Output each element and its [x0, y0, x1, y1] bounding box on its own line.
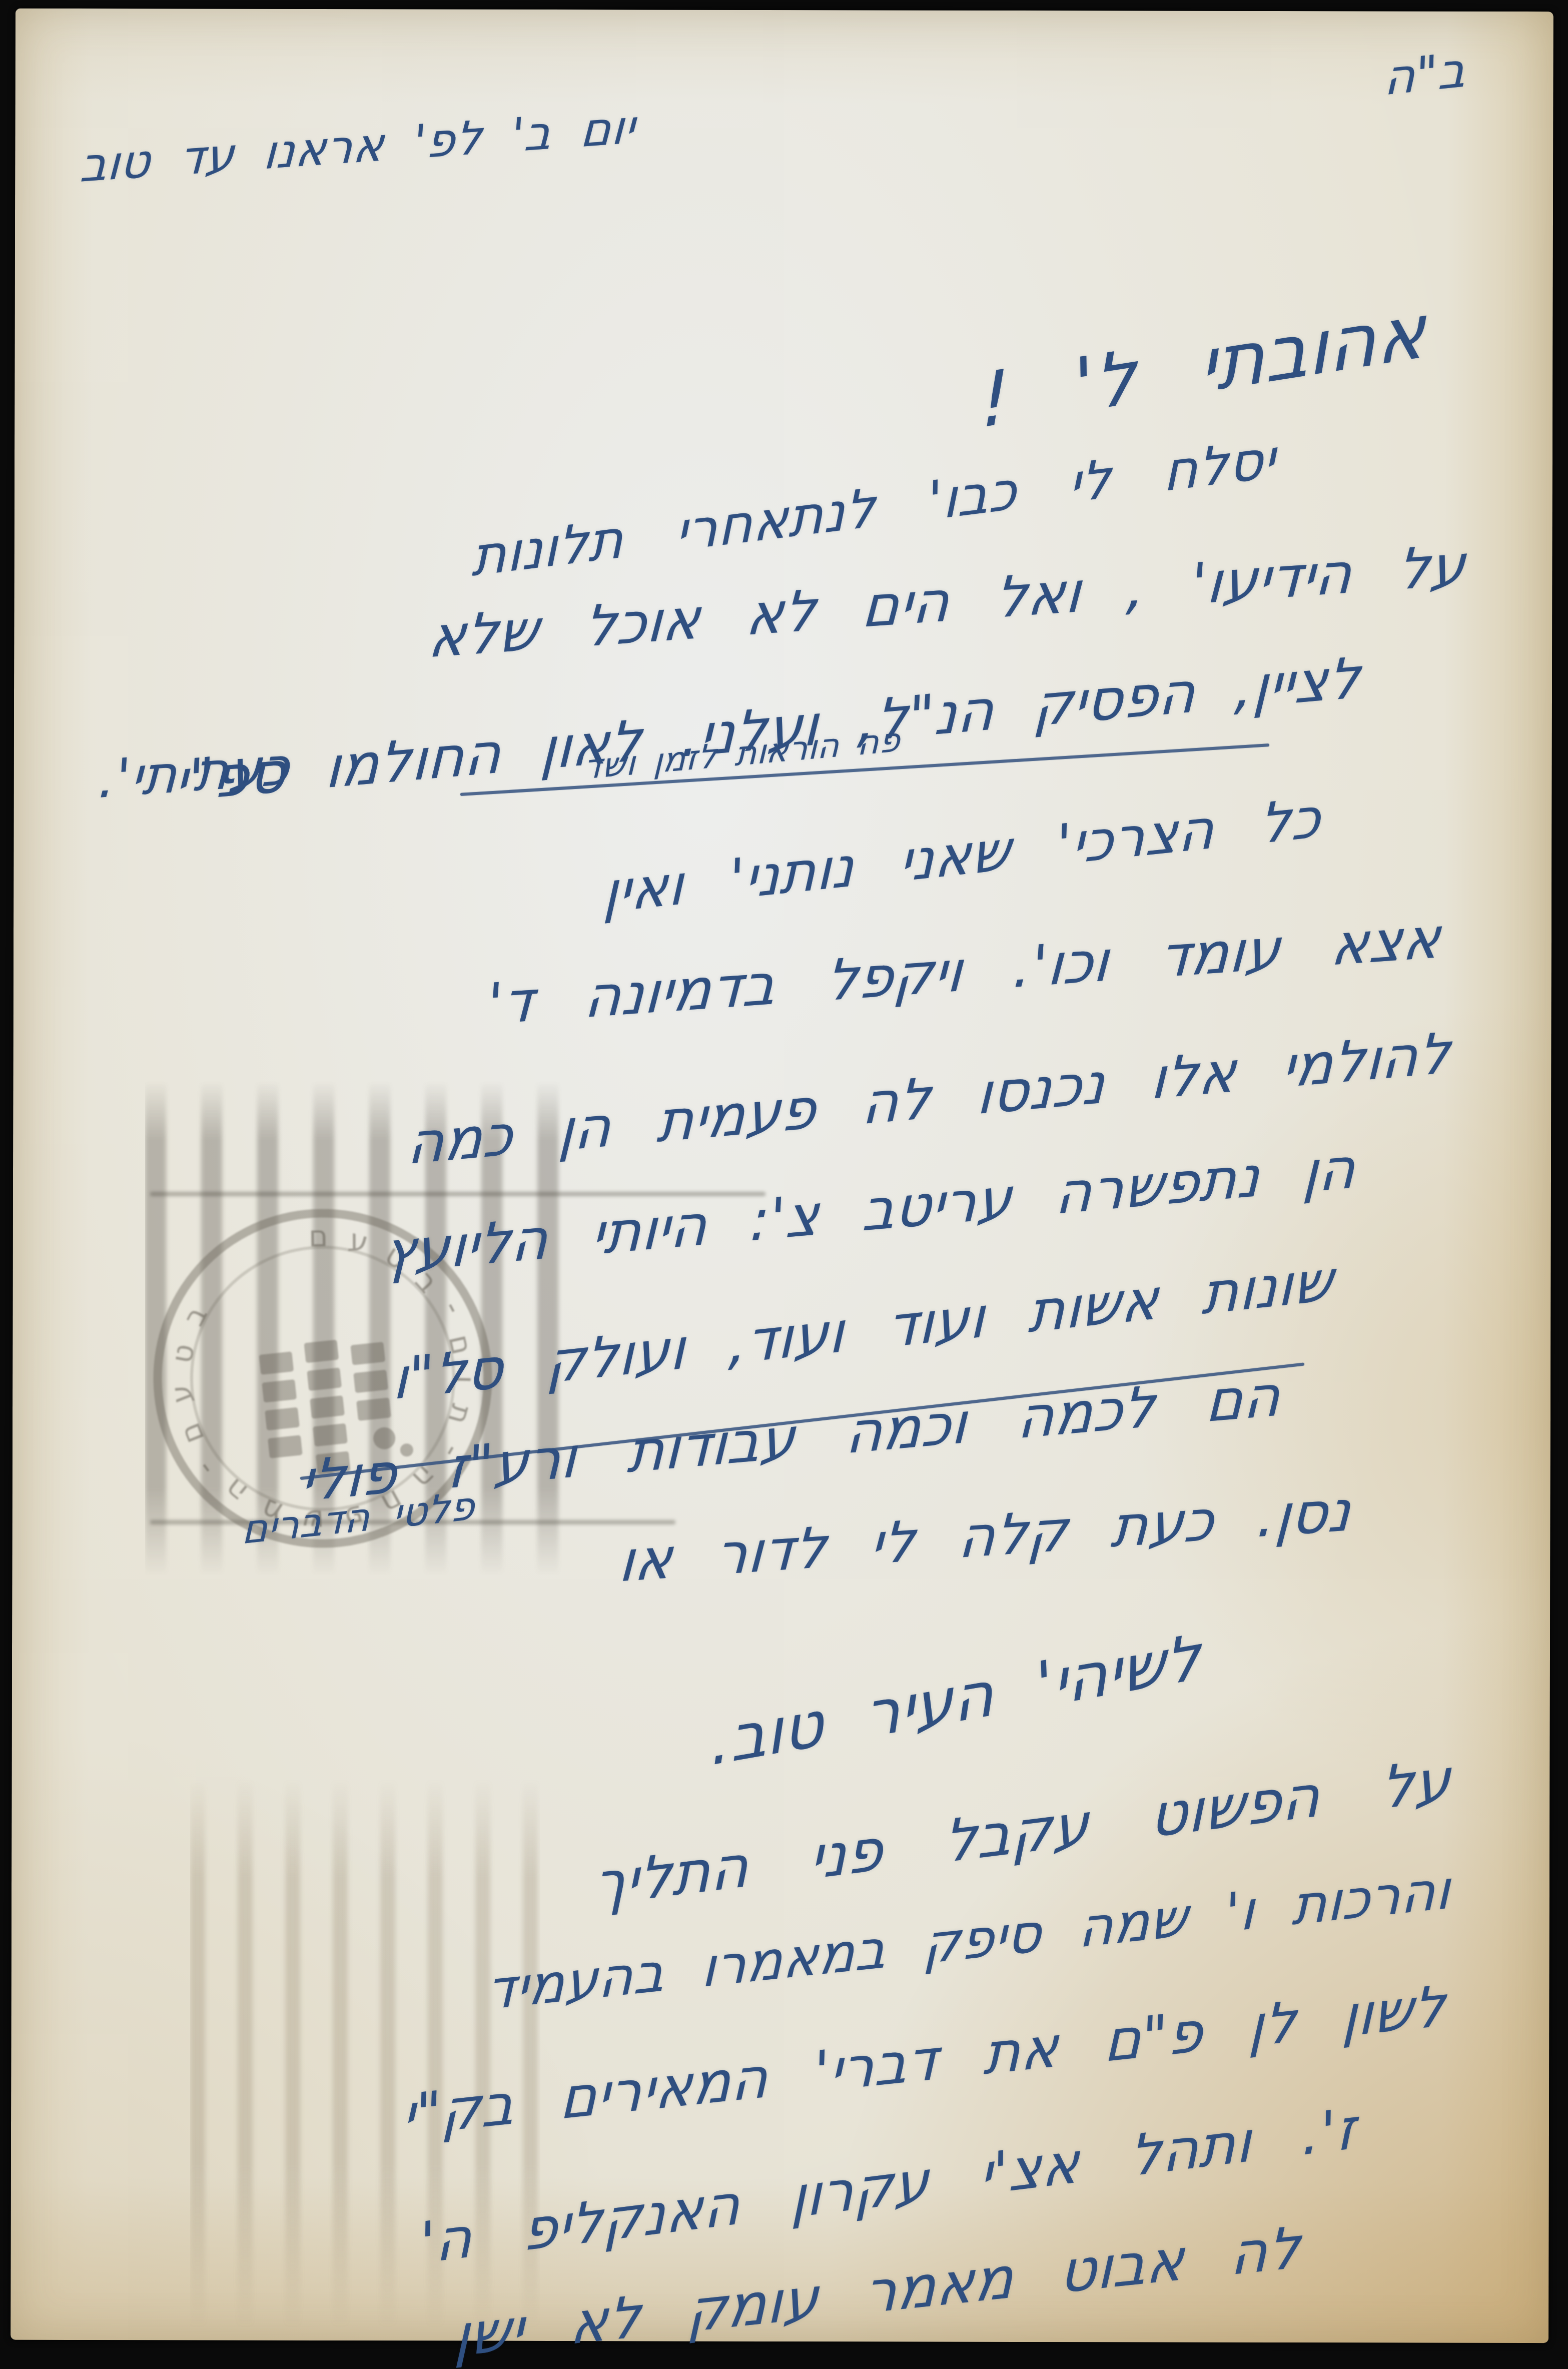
header-bh: ב"ה [1383, 42, 1467, 106]
scanned-letter-photo: ב ט ע ם ־ ה מ ש פ ח ה ־ ת ו ם ־ ב ט ע ם … [0, 0, 1568, 2369]
